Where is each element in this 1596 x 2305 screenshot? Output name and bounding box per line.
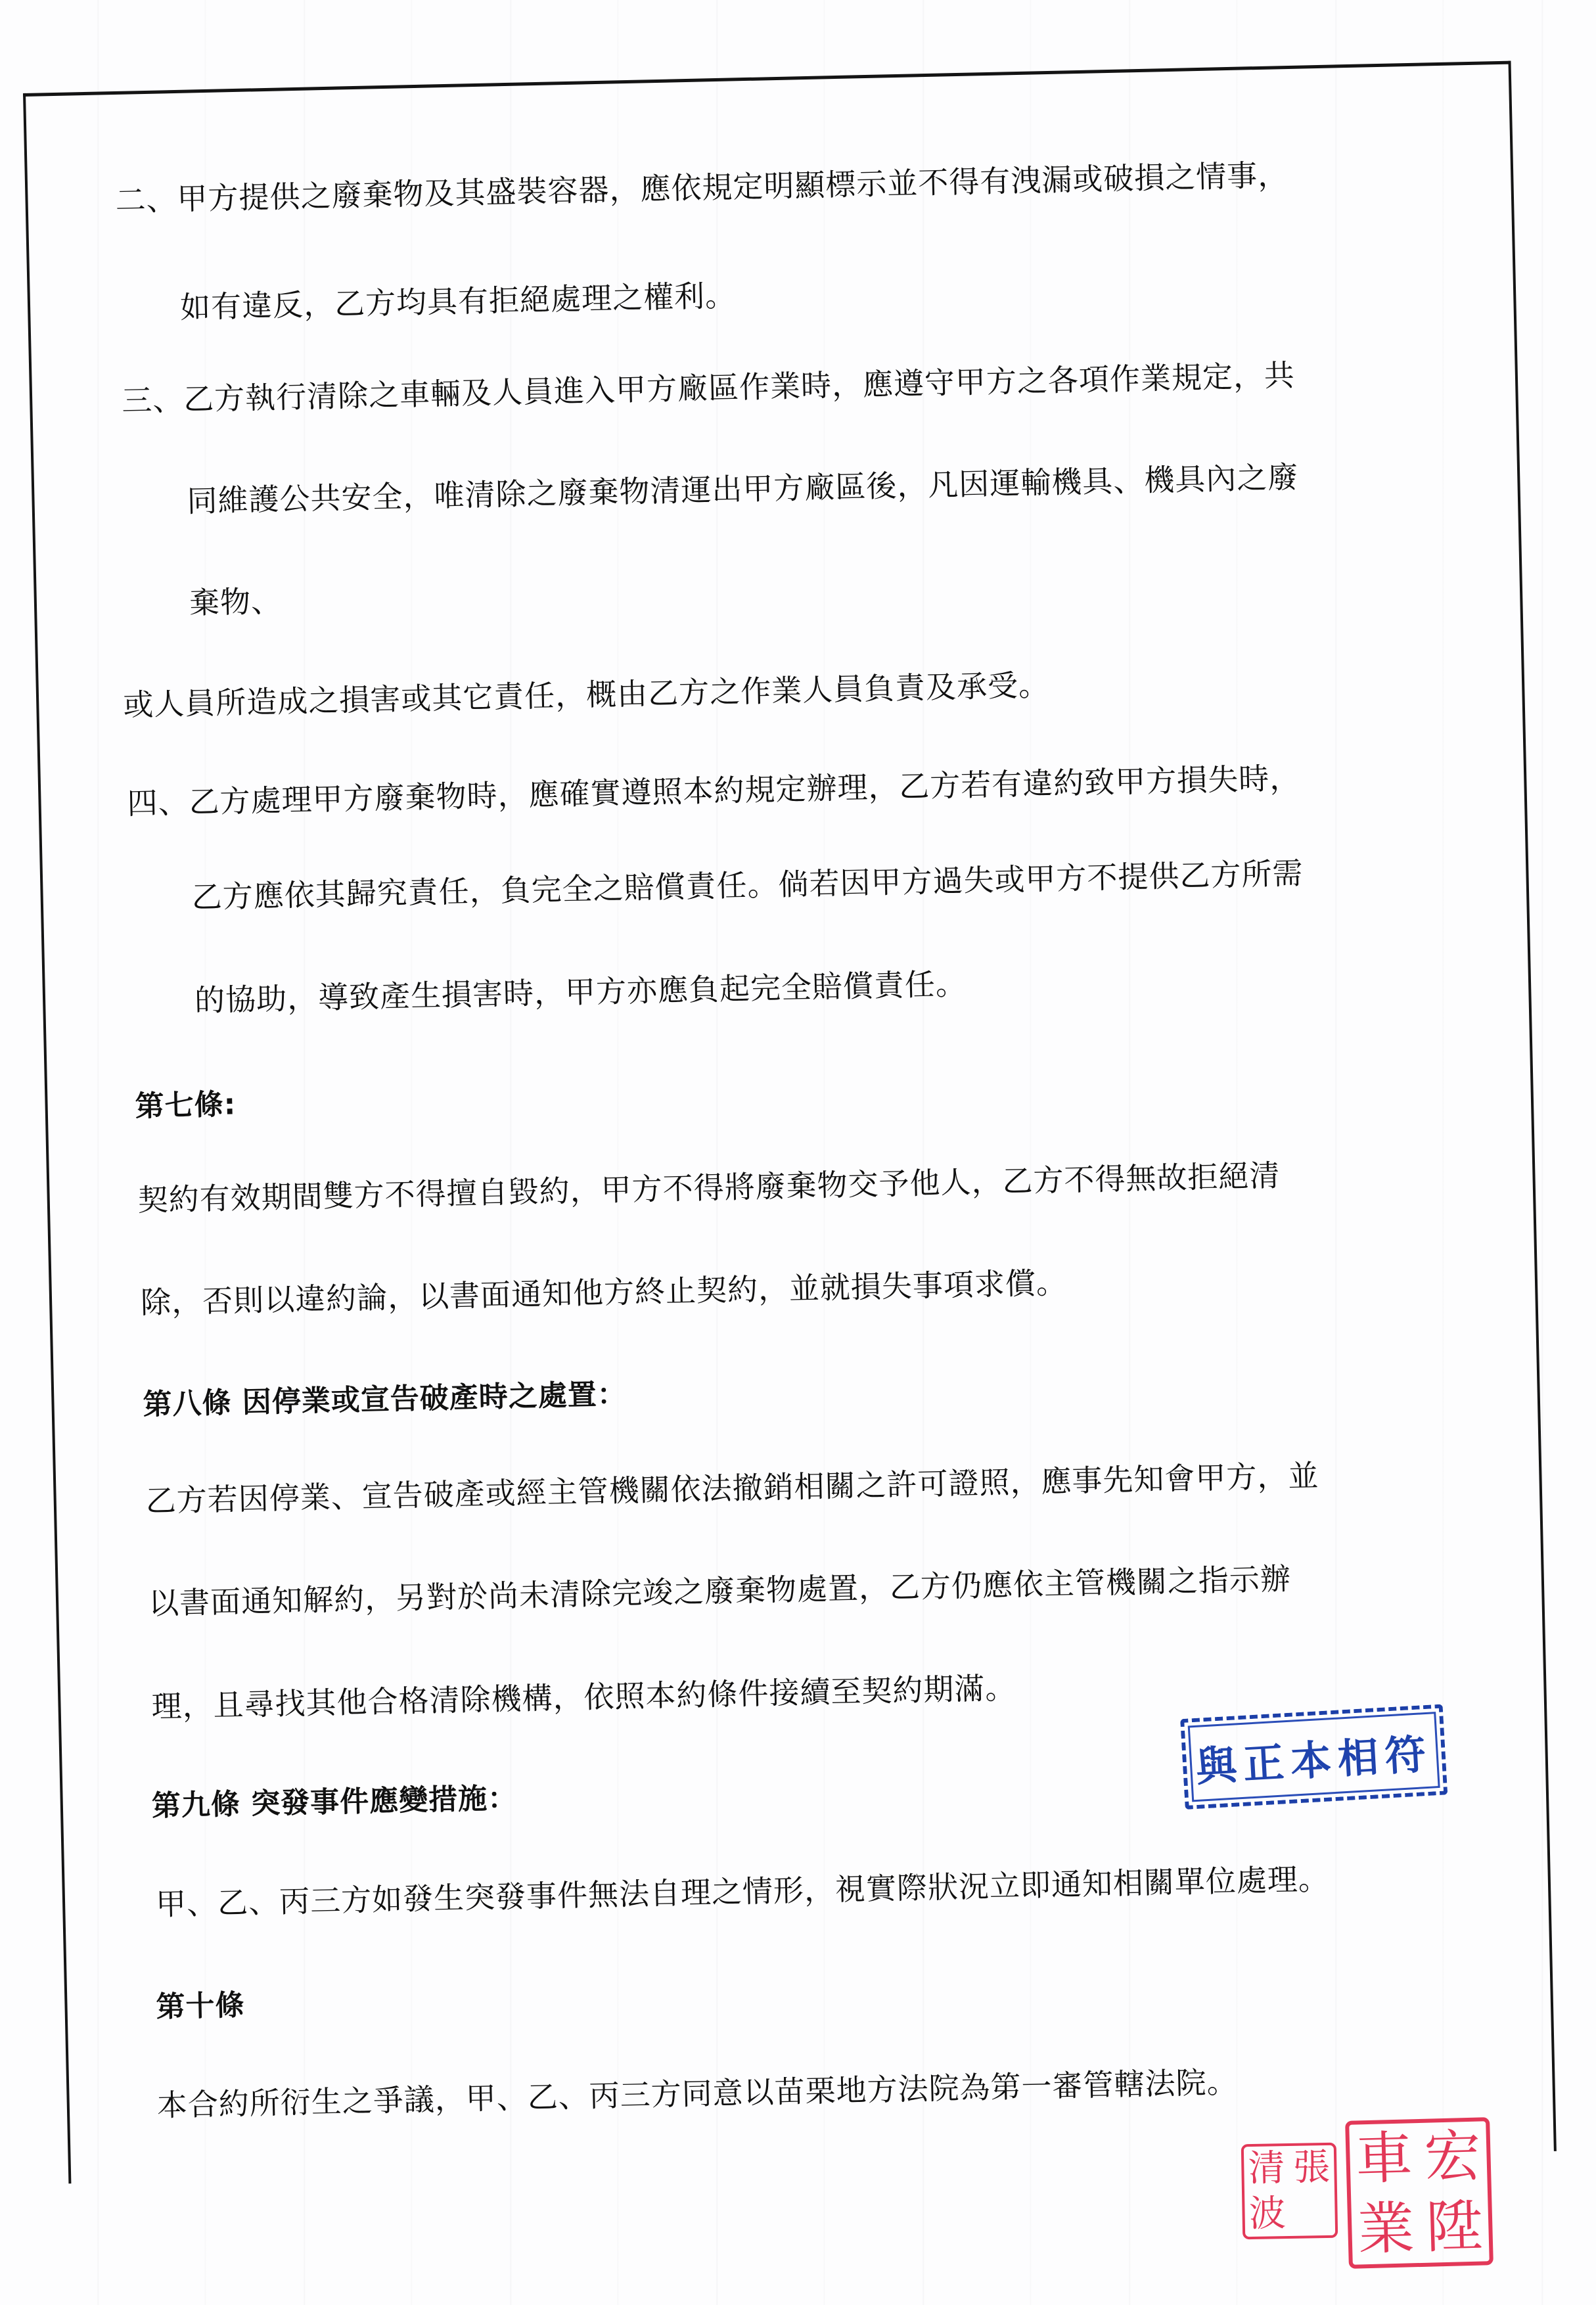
item2-line1: 二、甲方提供之廢棄物及其盛裝容器，應依規定明顯標示並不得有洩漏或破損之情事， xyxy=(115,155,1289,220)
company-seal-char: 宏 xyxy=(1417,2121,1488,2193)
article9-line1: 甲、乙、丙三方如發生突發事件無法自理之情形，視實際狀況立即通知相關單位處理。 xyxy=(156,1859,1330,1924)
article10-heading: 第十條 xyxy=(156,1986,245,2027)
company-seal: 車 宏 業 陞 xyxy=(1345,2117,1493,2269)
document-frame: 二、甲方提供之廢棄物及其盛裝容器，應依規定明顯標示並不得有洩漏或破損之情事， 如… xyxy=(23,61,1557,2184)
article8-line2: 以書面通知解約，另對於尚未清除完竣之廢棄物處置，乙方仍應依主管機關之指示辦 xyxy=(148,1559,1292,1623)
article8-line3: 理，且尋找其他合格清除機構，依照本約條件接續至契約期滿。 xyxy=(151,1668,1016,1727)
personal-seal-char xyxy=(1290,2190,1336,2236)
article7-line1: 契約有效期間雙方不得擅自毀約，甲方不得將廢棄物交予他人，乙方不得無故拒絕清 xyxy=(137,1156,1281,1220)
article10-line1: 本合約所衍生之爭議，甲、乙、丙三方同意以苗栗地方法院為第一審管轄法院。 xyxy=(156,2062,1238,2125)
item3-line2: 同維護公共安全，唯清除之廢棄物清運出甲方廠區後，凡因運輸機具、機具內之廢 xyxy=(187,457,1299,521)
personal-seal-char: 張 xyxy=(1288,2145,1334,2191)
personal-seal-char: 波 xyxy=(1244,2191,1290,2237)
article7-heading: 第七條: xyxy=(135,1085,237,1126)
item3-line4: 或人員所造成之損害或其它責任，概由乙方之作業人員負責及承受。 xyxy=(123,665,1050,725)
item3-line1: 三、乙方執行清除之車輛及人員進入甲方廠區作業時，應遵守甲方之各項作業規定，共 xyxy=(122,355,1296,421)
item4-line1: 四、乙方處理甲方廢棄物時，應確實遵照本約規定辦理，乙方若有違約致甲方損失時， xyxy=(127,758,1301,823)
item2-line2: 如有違反，乙方均具有拒絕處理之權利。 xyxy=(180,275,737,327)
certified-copy-stamp: 與正本相符 xyxy=(1180,1704,1448,1810)
item4-line3: 的協助，導致產生損害時，甲方亦應負起完全賠償責任。 xyxy=(194,964,967,1020)
personal-seal: 清 張 波 xyxy=(1241,2143,1338,2240)
article9-heading: 第九條 突發事件應變措施： xyxy=(151,1779,518,1826)
personal-seal-char: 清 xyxy=(1244,2146,1290,2192)
company-seal-char: 車 xyxy=(1349,2123,1419,2195)
item4-line2: 乙方應依其歸究責任，負完全之賠償責任。倘若因甲方過失或甲方不提供乙方所需 xyxy=(191,854,1304,917)
company-seal-char: 業 xyxy=(1351,2193,1421,2265)
article7-line2: 除，否則以違約論，以書面通知他方終止契約，並就損失事項求償。 xyxy=(141,1263,1068,1323)
company-seal-char: 陞 xyxy=(1419,2191,1490,2263)
article8-line1: 乙方若因停業、宣告破產或經主管機關依法撤銷相關之許可證照，應事先知會甲方，並 xyxy=(145,1455,1319,1520)
article8-heading: 第八條 因停業或宣告破產時之處置： xyxy=(143,1375,627,1425)
item3-line3: 棄物、 xyxy=(189,582,282,623)
